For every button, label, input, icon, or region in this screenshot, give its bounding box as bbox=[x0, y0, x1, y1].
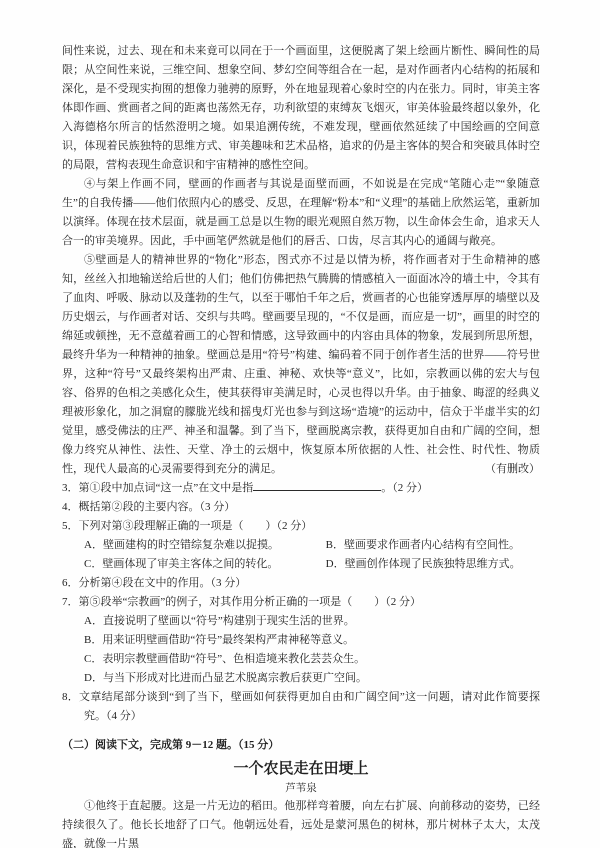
essay-paragraph-5-text: ⑤壁画是人的精神世界的“物化”形态，图式亦不过是以情为桥，将作画者对于生命精神的… bbox=[62, 254, 540, 475]
reading-one-questions: 3．第①段中加点词“这一点”在文中是指。（2 分） 4．概括第②段的主要内容。（… bbox=[62, 479, 540, 726]
question-5-options-row-1: A．壁画建构的时空错综复杂难以捉摸。 B．壁画要求作画者内心结构有空间性。 bbox=[84, 536, 540, 555]
essay-paragraph-5: ⑤壁画是人的精神世界的“物化”形态，图式亦不过是以情为桥，将作画者对于生命精神的… bbox=[62, 251, 540, 479]
question-5-stem: 5．下列对第③段理解正确的一项是（ ）（2 分） bbox=[62, 517, 540, 536]
edit-note: （有删改） bbox=[463, 460, 540, 479]
question-3-answer-blank bbox=[253, 479, 381, 491]
question-3-text: 3．第①段中加点词“这一点”在文中是指 bbox=[62, 482, 253, 494]
reading-one-passage: 间性来说，过去、现在和未来竟可以同在于一个画面里，这便脱离了架上绘画片断性、瞬间… bbox=[62, 42, 540, 479]
essay-paragraph-continuation: 间性来说，过去、现在和未来竟可以同在于一个画面里，这便脱离了架上绘画片断性、瞬间… bbox=[62, 42, 540, 175]
essay-paragraph-4: ④与架上作画不同，壁画的作画者与其说是面壁而画，不如说是在完成“笔随心走”“象随… bbox=[62, 175, 540, 251]
question-5-options-row-2: C．壁画体现了审美主客体之间的转化。 D．壁画创作体现了民族独特思维方式。 bbox=[84, 555, 540, 574]
essay-two-author: 芦苇泉 bbox=[62, 780, 540, 797]
question-5-option-c: C．壁画体现了审美主客体之间的转化。 bbox=[84, 555, 326, 574]
question-5-option-a: A．壁画建构的时空错综复杂难以捉摸。 bbox=[84, 536, 326, 555]
question-5-option-b: B．壁画要求作画者内心结构有空间性。 bbox=[326, 536, 520, 555]
question-3-suffix: 。（2 分） bbox=[381, 482, 428, 494]
essay-two-title: 一个农民走在田埂上 bbox=[62, 758, 540, 780]
question-7-stem: 7．第⑤段举“宗教画”的例子，对其作用分析正确的一项是（ ）（2 分） bbox=[62, 593, 540, 612]
exam-page: 间性来说，过去、现在和未来竟可以同在于一个画面里，这便脱离了架上绘画片断性、瞬间… bbox=[0, 0, 600, 848]
reading-two-section: （二）阅读下文，完成第 9－12 题。（15 分） 一个农民走在田埂上 芦苇泉 … bbox=[62, 736, 540, 848]
question-7-option-d: D．与当下形成对比进而凸显艺术脱离宗教后获更广空间。 bbox=[84, 669, 540, 688]
question-7-option-c: C．表明宗教壁画借助“符号”、色相造境来教化芸芸众生。 bbox=[84, 650, 540, 669]
essay-two-paragraph-1: ①他终于直起腰。这是一片无边的稻田。他那样弯着腰，向左右扩展、向前移动的姿势，已… bbox=[62, 797, 540, 848]
question-8: 8．文章结尾部分谈到“到了当下，壁画如何获得更加自由和广阔空间”这一问题，请对此… bbox=[62, 688, 540, 726]
question-7-option-a: A．直接说明了壁画以“符号”构建别于现实生活的世界。 bbox=[84, 612, 540, 631]
section-two-heading: （二）阅读下文，完成第 9－12 题。（15 分） bbox=[62, 736, 540, 755]
question-6: 6．分析第④段在文中的作用。（3 分） bbox=[62, 574, 540, 593]
question-3: 3．第①段中加点词“这一点”在文中是指。（2 分） bbox=[62, 479, 540, 498]
question-5-option-d: D．壁画创作体现了民族独特思维方式。 bbox=[326, 555, 521, 574]
question-4: 4．概括第②段的主要内容。（3 分） bbox=[62, 498, 540, 517]
question-7-option-b: B．用来证明壁画借助“符号”最终架构严肃神秘等意义。 bbox=[84, 631, 540, 650]
